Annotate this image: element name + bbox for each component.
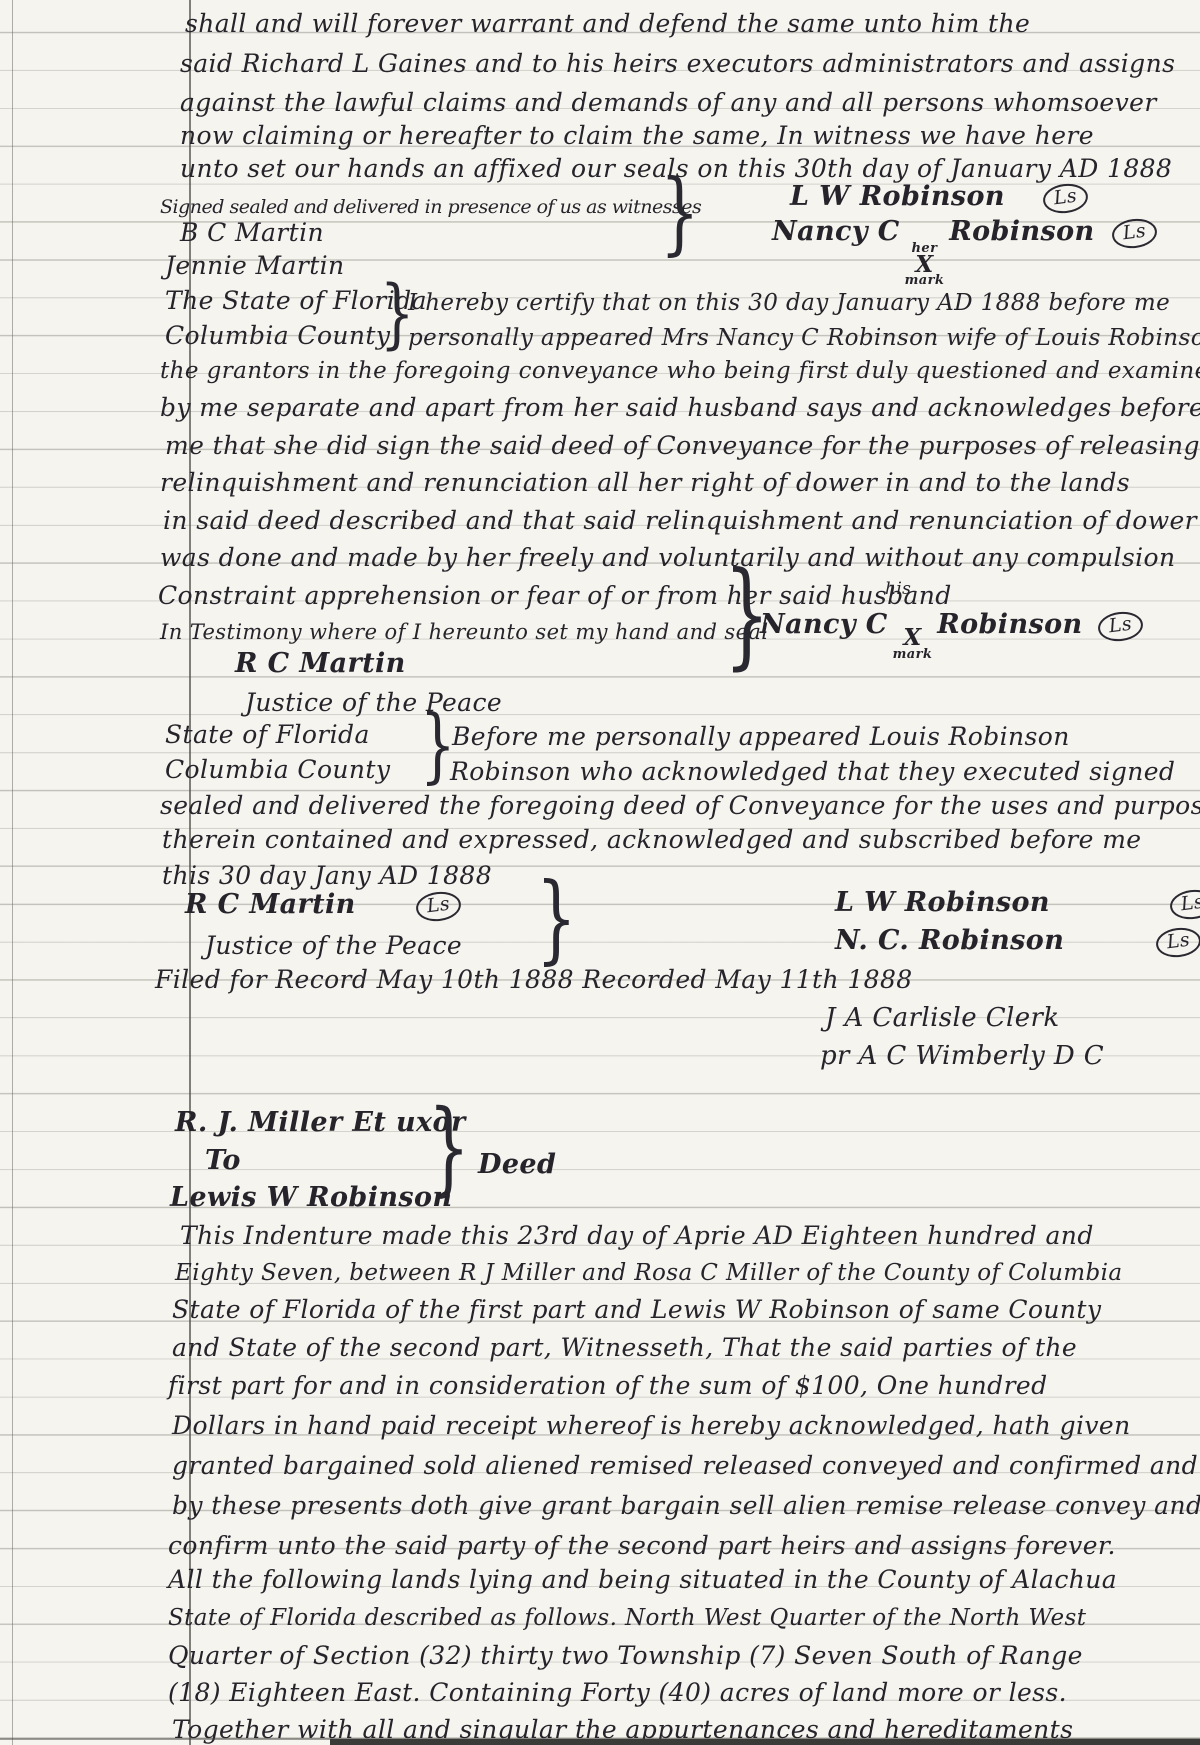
seal-ls: Ls	[1154, 925, 1200, 959]
caption-party1: R. J. Miller Et uxor	[175, 1104, 466, 1142]
deed-text-line: said Richard L Gaines and to his heirs e…	[180, 45, 1175, 83]
seal-ls: Ls	[414, 889, 462, 923]
caption-to: To	[205, 1142, 241, 1180]
venue-state-label: State of Florida	[165, 716, 370, 754]
mark-label-below: mark	[893, 649, 933, 661]
certification-line: was done and made by her freely and volu…	[160, 539, 1175, 577]
deed-text-line: shall and will forever warrant and defen…	[185, 5, 1030, 43]
signature-name: L W Robinson	[835, 887, 1050, 918]
margin-rule-thin	[12, 0, 13, 1745]
signature-name: R C Martin	[185, 889, 356, 920]
filing-note: Filed for Record May 10th 1888 Recorded …	[155, 961, 913, 999]
curly-brace: }	[536, 872, 577, 968]
caption-party2: Lewis W Robinson	[170, 1179, 452, 1217]
officer-signature: R C Martin Ls	[185, 886, 461, 924]
venue-county-label: Columbia County	[165, 751, 390, 789]
deed-text-line: State of Florida described as follows. N…	[168, 1599, 1086, 1637]
acknowledgment-line: sealed and delivered the foregoing deed …	[160, 787, 1200, 825]
signature-name: Robinson	[949, 216, 1094, 247]
deed-text-line: This Indenture made this 23rd day of Apr…	[180, 1217, 1094, 1255]
acknowledgment-line: Before me personally appeared Louis Robi…	[452, 718, 1070, 756]
signature-name: Nancy C	[772, 216, 900, 247]
deed-text-line: Eighty Seven, between R J Miller and Ros…	[175, 1254, 1123, 1292]
deed-text-line: State of Florida of the first part and L…	[172, 1291, 1101, 1329]
signature-nancy-robinson: Nancy CherXmarkRobinson Ls	[772, 213, 1158, 287]
certification-line: me that she did sign the said deed of Co…	[165, 427, 1200, 465]
deed-text-line: and State of the second part, Witnesseth…	[172, 1329, 1077, 1367]
deed-text-line: granted bargained sold aliened remised r…	[172, 1447, 1198, 1485]
signature-lw-robinson: L W Robinson Ls	[790, 178, 1088, 216]
acknowledgment-line: Robinson who acknowledged that they exec…	[450, 753, 1175, 791]
mark-x-glyph: X	[903, 628, 921, 649]
deed-text-line: Quarter of Section (32) thirty two Towns…	[168, 1637, 1083, 1675]
certification-line: the grantors in the foregoing conveyance…	[160, 352, 1200, 390]
her-note: his	[885, 570, 911, 608]
deed-text-line: first part for and in consideration of t…	[168, 1367, 1048, 1405]
officer-title: Justice of the Peace	[205, 927, 462, 965]
certification-line: in said deed described and that said rel…	[163, 502, 1197, 540]
deed-book-page: shall and will forever warrant and defen…	[0, 0, 1200, 1745]
venue-county-label: Columbia County	[165, 317, 390, 355]
deed-text-line: All the following lands lying and being …	[168, 1561, 1117, 1599]
deed-text-line: confirm unto the said party of the secon…	[168, 1527, 1116, 1565]
deputy-clerk-signature: pr A C Wimberly D C	[820, 1037, 1104, 1075]
signature-name: Nancy C	[760, 609, 888, 640]
scan-edge-bar	[330, 1739, 1200, 1745]
seal-ls: Ls	[1111, 216, 1159, 250]
mark-x-glyph: X	[915, 255, 933, 276]
her-mark-x: Xmark	[893, 628, 933, 660]
certification-line: by me separate and apart from her said h…	[160, 389, 1200, 427]
deed-text-line: (18) Eighteen East. Containing Forty (40…	[168, 1674, 1067, 1712]
signature-name: L W Robinson	[790, 181, 1005, 212]
acknowledgment-line: therein contained and expressed, acknowl…	[162, 821, 1142, 859]
signature-name: N. C. Robinson	[835, 925, 1064, 956]
deed-text-line: Dollars in hand paid receipt whereof is …	[172, 1407, 1131, 1445]
certification-line: relinquishment and renunciation all her …	[160, 464, 1130, 502]
signature-lw-robinson: L W Robinson Ls	[835, 884, 1200, 922]
signature-nancy-robinson: Nancy CXmarkRobinson Ls	[760, 606, 1144, 660]
curly-brace: }	[660, 168, 699, 258]
officer-signature: R C Martin	[235, 645, 406, 683]
clerk-signature: J A Carlisle Clerk	[825, 999, 1059, 1037]
witness-name: Jennie Martin	[165, 247, 345, 285]
signature-name: Robinson	[937, 609, 1082, 640]
caption-doc-type: Deed	[478, 1146, 556, 1184]
seal-ls: Ls	[1097, 609, 1145, 643]
her-mark-x: herXmark	[905, 243, 945, 287]
seal-ls: Ls	[1168, 887, 1200, 921]
signature-nc-robinson: N. C. Robinson Ls	[835, 922, 1200, 960]
deed-text-line: by these presents doth give grant bargai…	[172, 1487, 1200, 1525]
certification-line: I hereby certify that on this 30 day Jan…	[408, 284, 1170, 322]
seal-ls: Ls	[1041, 181, 1089, 215]
